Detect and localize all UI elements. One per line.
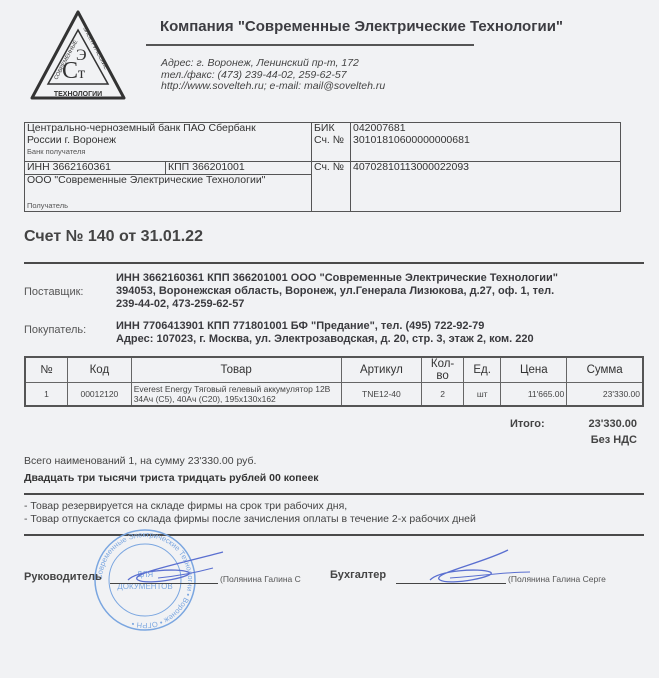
supplier-details: ИНН 3662160361 КПП 366201001 ООО "Соврем… [116, 272, 558, 311]
amount-in-words: Двадцать три тысячи триста тридцать рубл… [24, 472, 319, 484]
bank-caption: Банк получателя [27, 146, 309, 158]
account-label-cell: Сч. № [312, 162, 351, 212]
company-contacts: Адрес: г. Воронеж, Ленинский пр-т, 172 т… [161, 58, 385, 93]
bank-name-line1: Центрально-черноземный банк ПАО Сбербанк [27, 123, 309, 135]
col-header-sum: Сумма [567, 357, 643, 383]
col-header-article: Артикул [341, 357, 421, 383]
director-label: Руководитель [24, 571, 102, 583]
title-divider [24, 262, 644, 264]
vat-note: Без НДС [591, 434, 637, 446]
summary-line: Всего наименований 1, на сумму 23'330.00… [24, 455, 256, 467]
bank-name-cell: Центрально-черноземный банк ПАО Сбербанк… [25, 123, 312, 162]
cell-num: 1 [25, 383, 68, 407]
supplier-line3: 239-44-02, 473-259-62-57 [116, 298, 558, 311]
buyer-label: Покупатель: [24, 324, 86, 336]
note-1: - Товар резервируется на складе фирмы на… [24, 500, 476, 513]
buyer-line1: ИНН 7706413901 КПП 771801001 БФ "Предани… [116, 320, 534, 333]
company-logo: ТЕХНОЛОГИИ СОВРЕМЕННЫЕ ЭЛЕКТРИЧЕСКИЕ С Э… [28, 8, 128, 104]
col-header-price: Цена [501, 357, 567, 383]
signature-icon [118, 550, 228, 588]
header-divider [146, 44, 474, 46]
svg-text:Э: Э [76, 47, 87, 64]
col-header-num: № [25, 357, 68, 383]
col-header-qty: Кол- во [422, 357, 464, 383]
company-web-email: http://www.sovelteh.ru; e-mail: mail@sov… [161, 81, 385, 93]
svg-text:ТЕХНОЛОГИИ: ТЕХНОЛОГИИ [54, 91, 102, 98]
director-signature [118, 550, 228, 593]
cell-qty: 2 [422, 383, 464, 407]
buyer-details: ИНН 7706413901 КПП 771801001 БФ "Предани… [116, 320, 534, 346]
corr-account-value: 30101810600000000681 [353, 135, 618, 147]
inn-cell: ИНН 3662160361 [25, 162, 166, 175]
cell-product: Everest Energy Тяговый гелевый аккумулят… [131, 383, 341, 407]
cell-unit: шт [464, 383, 501, 407]
cell-code: 00012120 [68, 383, 132, 407]
bik-value-cell: 042007681 30101810600000000681 [351, 123, 621, 149]
bik-label-cell: БИК Сч. № [312, 123, 351, 149]
items-header-row: № Код Товар Артикул Кол- во Ед. Цена Сум… [25, 357, 643, 383]
supplier-label: Поставщик: [24, 286, 83, 298]
bik-label: БИК [314, 123, 348, 135]
signature-icon [420, 548, 530, 588]
table-row: 1 00012120 Everest Energy Тяговый гелевы… [25, 383, 643, 407]
logo-triangle-icon: ТЕХНОЛОГИИ СОВРЕМЕННЫЕ ЭЛЕКТРИЧЕСКИЕ С Э… [28, 8, 128, 104]
words-divider [24, 493, 644, 495]
invoice-title: Счет № 140 от 31.01.22 [24, 228, 203, 246]
accountant-signature [420, 548, 530, 593]
company-address: Адрес: г. Воронеж, Ленинский пр-т, 172 [161, 58, 385, 70]
kpp-cell: КПП 366201001 [166, 162, 312, 175]
notes: - Товар резервируется на складе фирмы на… [24, 500, 476, 526]
director-name: (Полянина Галина С [220, 574, 301, 584]
col-header-unit: Ед. [464, 357, 501, 383]
svg-text:т: т [78, 65, 85, 82]
recipient-name: ООО "Современные Электрические Технологи… [27, 175, 309, 187]
cell-sum: 23'330.00 [567, 383, 643, 407]
accountant-label: Бухгалтер [330, 569, 386, 581]
cell-price: 11'665.00 [501, 383, 567, 407]
recipient-cell: ООО "Современные Электрические Технологи… [25, 175, 312, 212]
bank-name-line2: России г. Воронеж [27, 135, 309, 147]
bik-value: 042007681 [353, 123, 618, 135]
total-value: 23'330.00 [589, 418, 638, 430]
supplier-line1: ИНН 3662160361 КПП 366201001 ООО "Соврем… [116, 272, 558, 285]
items-table: № Код Товар Артикул Кол- во Ед. Цена Сум… [24, 356, 644, 407]
account-value-cell: 40702810113000022093 [351, 162, 621, 212]
bank-details-table: Центрально-черноземный банк ПАО Сбербанк… [24, 122, 621, 212]
total-label: Итого: [510, 418, 545, 430]
supplier-line2: 394053, Воронежская область, Воронеж, ул… [116, 285, 558, 298]
col-header-code: Код [68, 357, 132, 383]
col-header-product: Товар [131, 357, 341, 383]
buyer-line2: Адрес: 107023, г. Москва, ул. Электрозав… [116, 333, 534, 346]
corr-account-label: Сч. № [314, 135, 348, 147]
company-name: Компания "Современные Электрические Техн… [160, 18, 563, 35]
cell-article: TNE12-40 [341, 383, 421, 407]
recipient-caption: Получатель [27, 200, 68, 212]
note-2: - Товар отпускается со склада фирмы посл… [24, 513, 476, 526]
